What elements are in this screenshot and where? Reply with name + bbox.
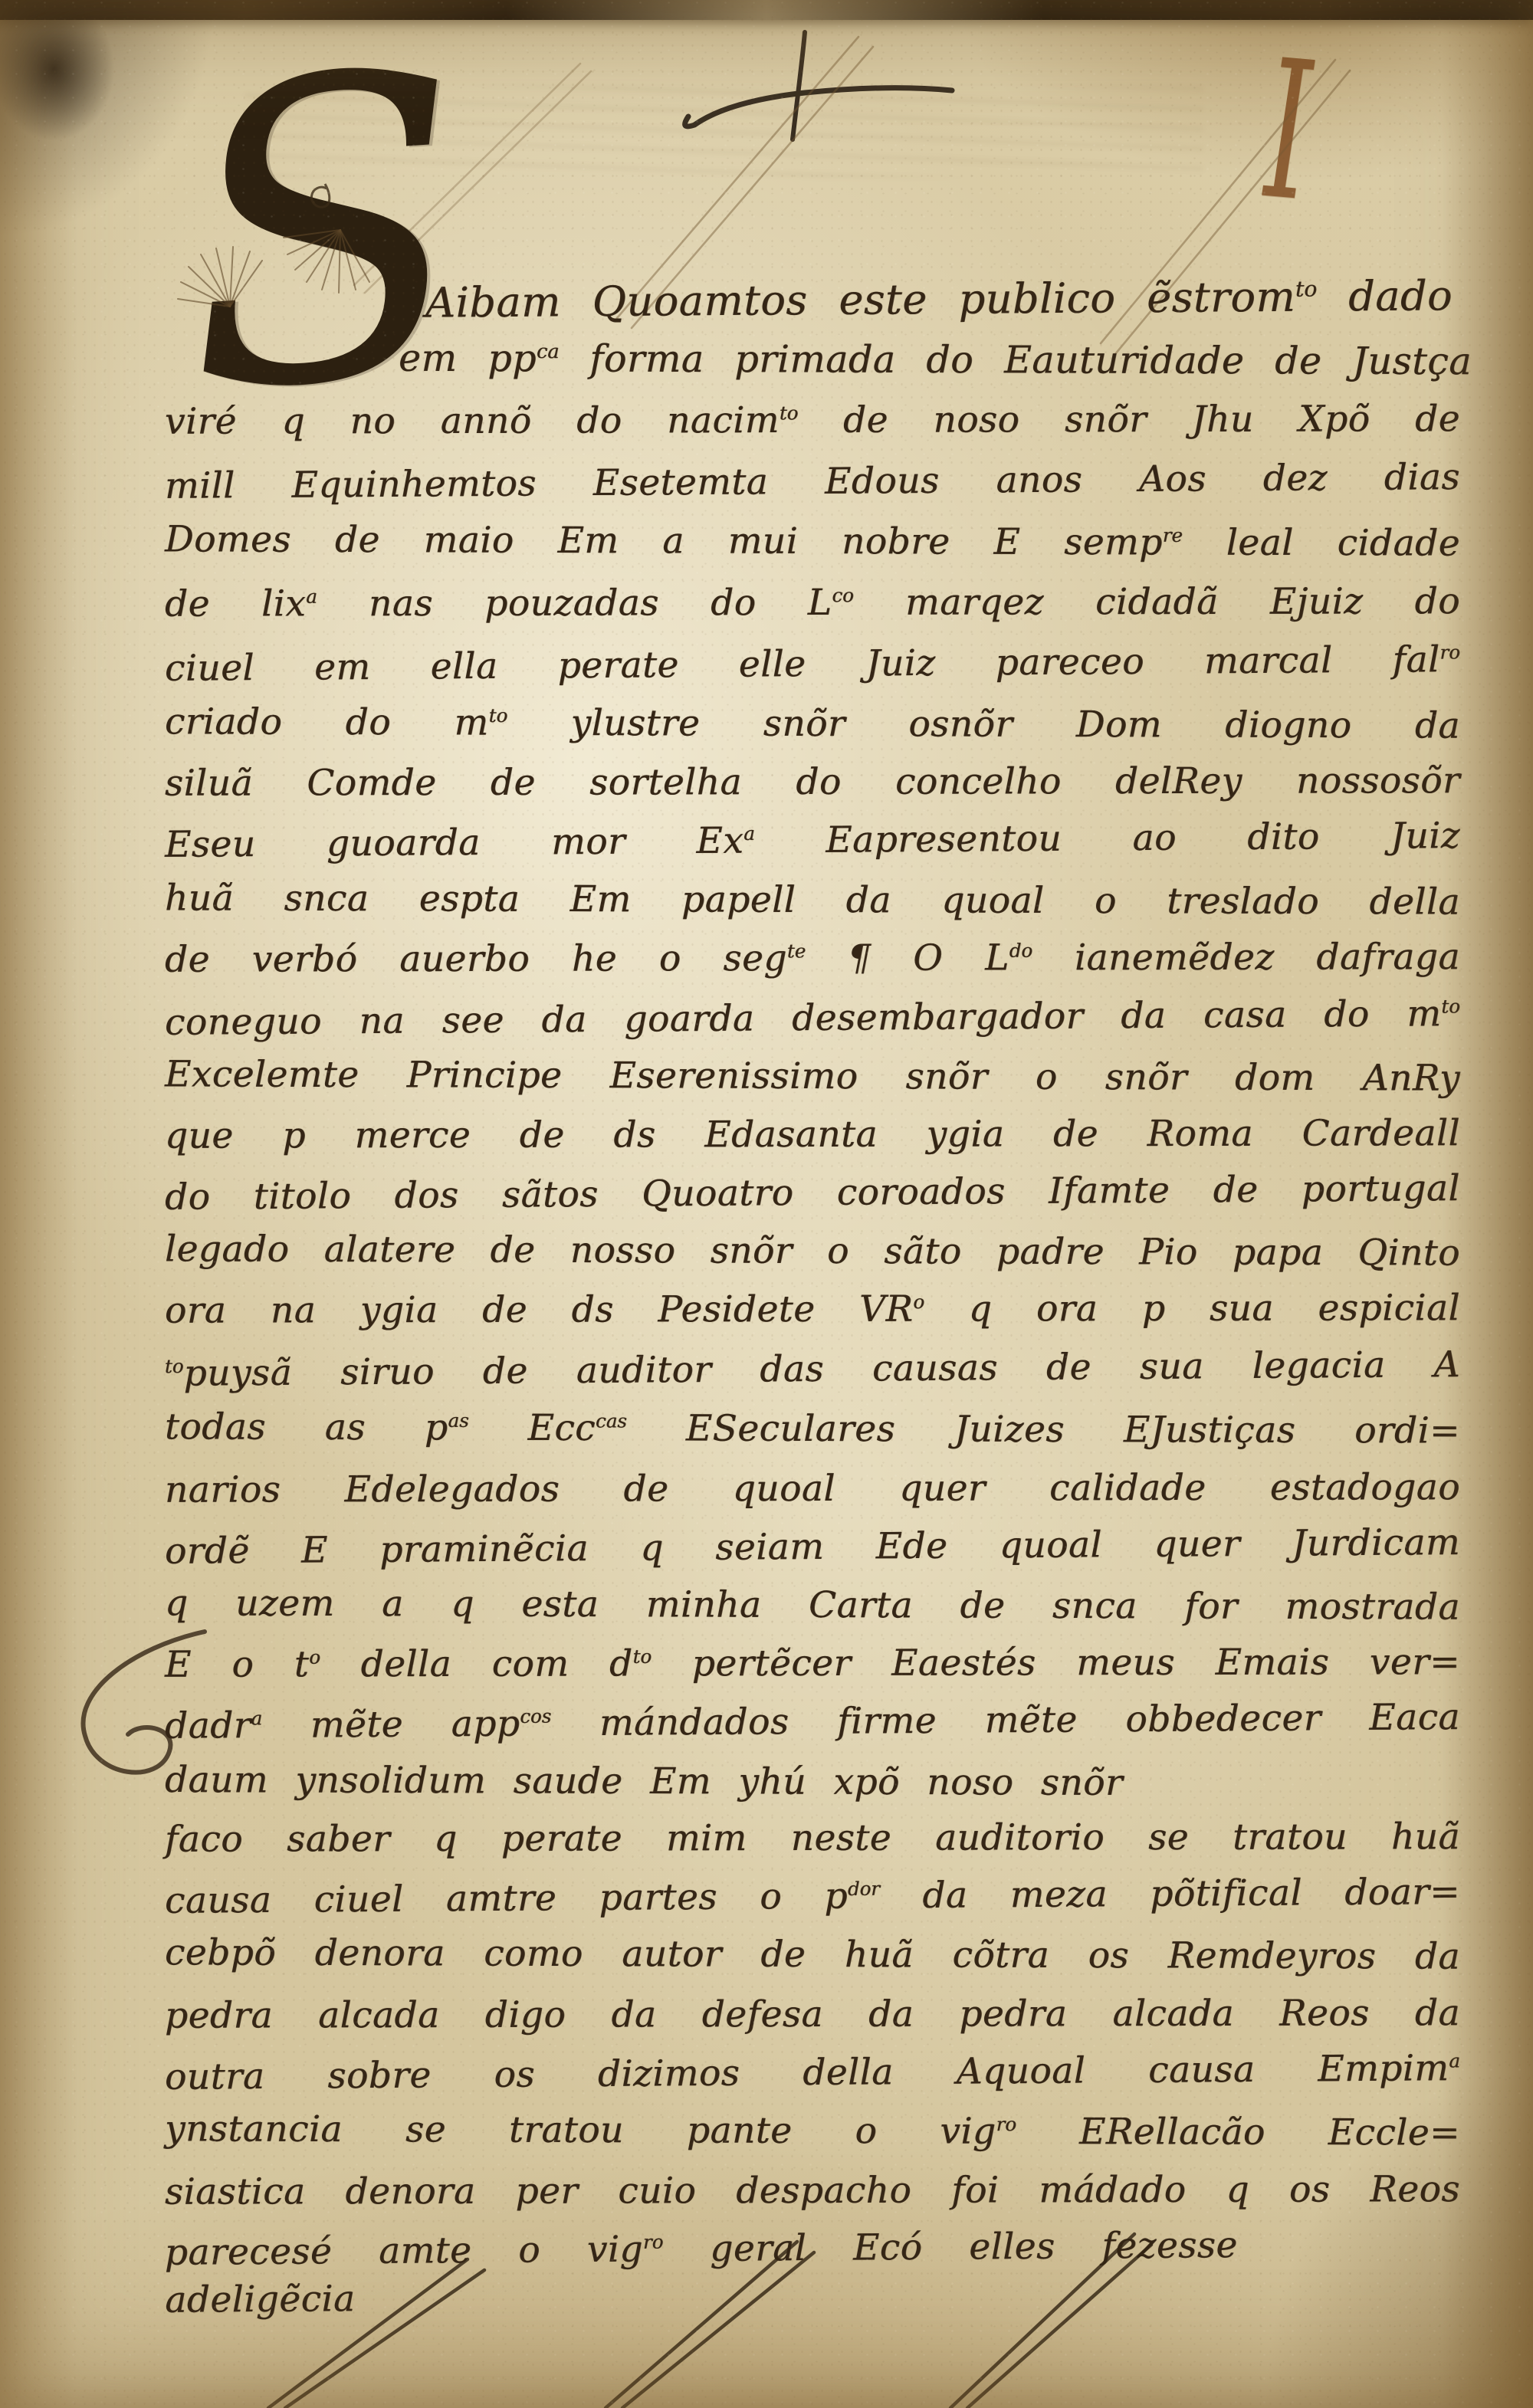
superscript-abbreviation: a: [306, 586, 317, 608]
manuscript-line: viré q no annõ do nacimto de noso snõr J…: [165, 395, 1460, 446]
manuscript-page: I S Aibam Quoamtos este publico ẽstromto…: [0, 0, 1533, 2408]
manuscript-line: ynstancia se tratou pante o vigro ERella…: [165, 2105, 1460, 2157]
superscript-abbreviation: co: [832, 584, 853, 606]
manuscript-line: Eseu guoarda mor Exa Eapresentou ao dito…: [165, 812, 1460, 869]
manuscript-line: causa ciuel amtre partes o pdor da meza …: [165, 1868, 1460, 1925]
manuscript-line: Domes de maio Em a mui nobre E sempre le…: [165, 516, 1460, 567]
manuscript-line: ora na ygia de ds Pesidete VRo q ora p s…: [165, 1284, 1460, 1335]
superscript-abbreviation: do: [1009, 940, 1032, 962]
manuscript-line: siluã Comde de sortelha do concelho delR…: [165, 757, 1460, 808]
manuscript-line: em ppca forma primada do Eauturidade de …: [399, 334, 1472, 387]
manuscript-line: huã snca espta Em papell da quoal o tres…: [165, 874, 1460, 926]
manuscript-line: siastica denora per cuio despacho foi má…: [165, 2166, 1460, 2216]
manuscript-line: dadra mẽte appcos mándados firme mẽte ob…: [165, 1694, 1460, 1750]
superscript-abbreviation: o: [913, 1291, 924, 1313]
superscript-abbreviation: cos: [520, 1705, 551, 1727]
manuscript-line: ordẽ E praminẽcia q seiam Ede quoal quer…: [165, 1519, 1460, 1576]
manuscript-line: faco saber q perate mim neste auditorio …: [165, 1813, 1460, 1864]
superscript-abbreviation: re: [1163, 524, 1183, 546]
manuscript-line: daum ynsolidum saude Em yhú xpõ noso snõ…: [165, 1757, 1123, 1807]
superscript-abbreviation: ca: [537, 340, 560, 363]
manuscript-line: q uzem a q esta minha Carta de snca for …: [165, 1580, 1460, 1631]
manuscript-line: do titolo dos sãtos Quoatro coroados Ifa…: [165, 1165, 1460, 1222]
superscript-abbreviation: as: [448, 1409, 469, 1432]
manuscript-line: ciuel em ella perate elle Juiz pareceo m…: [165, 636, 1460, 693]
manuscript-line: Excelemte Principe Eserenissimo snõr o s…: [165, 1051, 1460, 1102]
superscript-abbreviation: to: [165, 1355, 184, 1377]
superscript-abbreviation: dor: [848, 1878, 880, 1900]
manuscript-line: E o to della com dto pertẽcer Eaestés me…: [165, 1639, 1460, 1689]
manuscript-line: de verbó auerbo he o segte ¶ O Ldo ianem…: [165, 933, 1460, 984]
initial-ornament-icon: [176, 184, 422, 353]
superscript-abbreviation: to: [489, 704, 508, 727]
manuscript-line: mill Equinhemtos Esetemta Edous anos Aos…: [165, 454, 1460, 510]
superscript-abbreviation: to: [633, 1645, 652, 1668]
manuscript-line: pedra alcada digo da defesa da pedra alc…: [165, 1990, 1460, 2040]
superscript-abbreviation: ro: [1439, 641, 1460, 663]
margin-flourish: [42, 1621, 218, 1813]
manuscript-line: que p merce de ds Edasanta ygia de Roma …: [165, 1110, 1460, 1160]
manuscript-line: todas as pas Ecccas ESeculares Juizes EJ…: [165, 1403, 1460, 1455]
manuscript-line: coneguo na see da goarda desembargador d…: [165, 990, 1460, 1047]
superscript-abbreviation: a: [744, 822, 755, 845]
superscript-abbreviation: te: [787, 940, 806, 962]
manuscript-line: narios Edelegados de quoal quer calidade…: [165, 1464, 1460, 1514]
manuscript-line: cebpõ denora como autor de huã cõtra os …: [165, 1929, 1460, 1980]
manuscript-line: de lixa nas pouzadas do Lco marqez cidad…: [165, 578, 1460, 628]
pen-slash-marks-bottom: [192, 2215, 1188, 2408]
manuscript-line: legado alatere de nosso snõr o sãto padr…: [165, 1225, 1460, 1277]
superscript-abbreviation: to: [780, 402, 799, 424]
superscript-abbreviation: a: [251, 1707, 263, 1729]
superscript-abbreviation: to: [1295, 277, 1317, 302]
manuscript-line: criado do mto ylustre snõr osnõr Dom dio…: [165, 698, 1460, 750]
manuscript-line: Aibam Quoamtos este publico ẽstromto dad…: [425, 268, 1453, 330]
manuscript-line: outra sobre os dizimos della Aquoal caus…: [165, 2045, 1460, 2101]
superscript-abbreviation: to: [1441, 995, 1460, 1017]
superscript-abbreviation: ro: [996, 2113, 1016, 2135]
superscript-abbreviation: a: [1449, 2049, 1460, 2072]
superscript-abbreviation: cas: [596, 1409, 627, 1432]
superscript-abbreviation: o: [309, 1646, 320, 1668]
manuscript-line: topuysã siruo de auditor das causas de s…: [165, 1341, 1460, 1398]
